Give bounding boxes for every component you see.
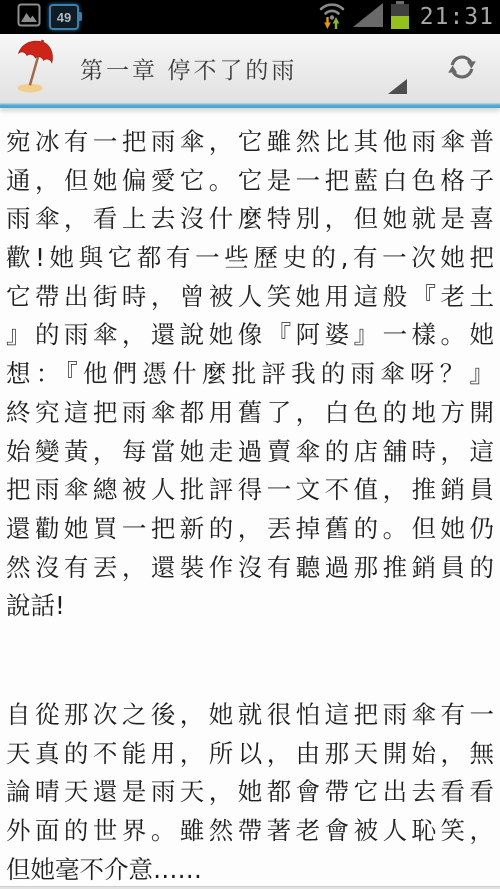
status-bar[interactable]: 49 [0,0,500,34]
text-line: 還勸她買一把新的，丟掉舊的。但她仍 [6,510,494,549]
text-line: 終究這把雨傘都用舊了，白色的地方開 [6,394,494,433]
text-line: 宛冰有一把雨傘，它雖然比其他雨傘普 [6,123,494,162]
paragraph: 自從那次之後，她就很怕這把雨傘有一 天真的不能用，所以，由那天開始，無 論晴天還… [6,696,494,889]
text-line: 論晴天還是雨天，她都會帶它出去看看 [6,773,494,812]
text-line: 』的雨傘，還說她像『阿婆』一樣。她 [6,316,494,355]
text-line: 說話! [6,587,494,626]
signal-strength-icon [352,2,384,33]
text-line: 把雨傘總被人批評得一文不值，推銷員 [6,471,494,510]
text-line: 始變黃，每當她走過賣傘的店舖時，這 [6,433,494,472]
app-screen: 49 [0,0,500,889]
text-line: 歡!她與它都有一些歷史的,有一次她把 [6,239,494,278]
battery-icon [389,0,411,35]
gallery-icon [17,3,41,32]
text-line: 然沒有丟，還裝作沒有聽過那推銷員的 [6,549,494,588]
app-header: 第一章 停不了的雨 [0,34,500,103]
reader-page[interactable]: 宛冰有一把雨傘，它雖然比其他雨傘普 通，但她偏愛它。它是一把藍白色格子 雨傘，看… [0,108,500,889]
battery-percent-badge: 49 [49,4,79,30]
chapter-title-dropdown[interactable]: 第一章 停不了的雨 [80,52,297,85]
refresh-button[interactable] [444,50,480,86]
refresh-icon [447,52,477,85]
text-line: 自從那次之後，她就很怕這把雨傘有一 [6,696,494,735]
paragraph: 宛冰有一把雨傘，它雖然比其他雨傘普 通，但她偏愛它。它是一把藍白色格子 雨傘，看… [6,123,494,626]
text-line: 雨傘，看上去沒什麼特別，但她就是喜 [6,200,494,239]
clock: 21:31 [420,4,494,30]
text-line: 天真的不能用，所以，由那天開始，無 [6,735,494,774]
wifi-data-transfer-icon [317,0,347,35]
text-line: 它帶出街時，曾被人笑她用這般『老土 [6,278,494,317]
status-bar-notifications: 49 [17,3,79,32]
text-line: 想：『他們憑什麼批評我的雨傘呀？』 [6,355,494,394]
spinner-caret-icon[interactable] [388,79,407,94]
text-line: 外面的世界。雖然帶著老會被人恥笑， [6,812,494,851]
text-line: 通，但她偏愛它。它是一把藍白色格子 [6,162,494,201]
status-bar-indicators: 21:31 [317,0,496,35]
beach-umbrella-icon [10,37,60,100]
text-line: 但她毫不介意…… [6,851,494,889]
